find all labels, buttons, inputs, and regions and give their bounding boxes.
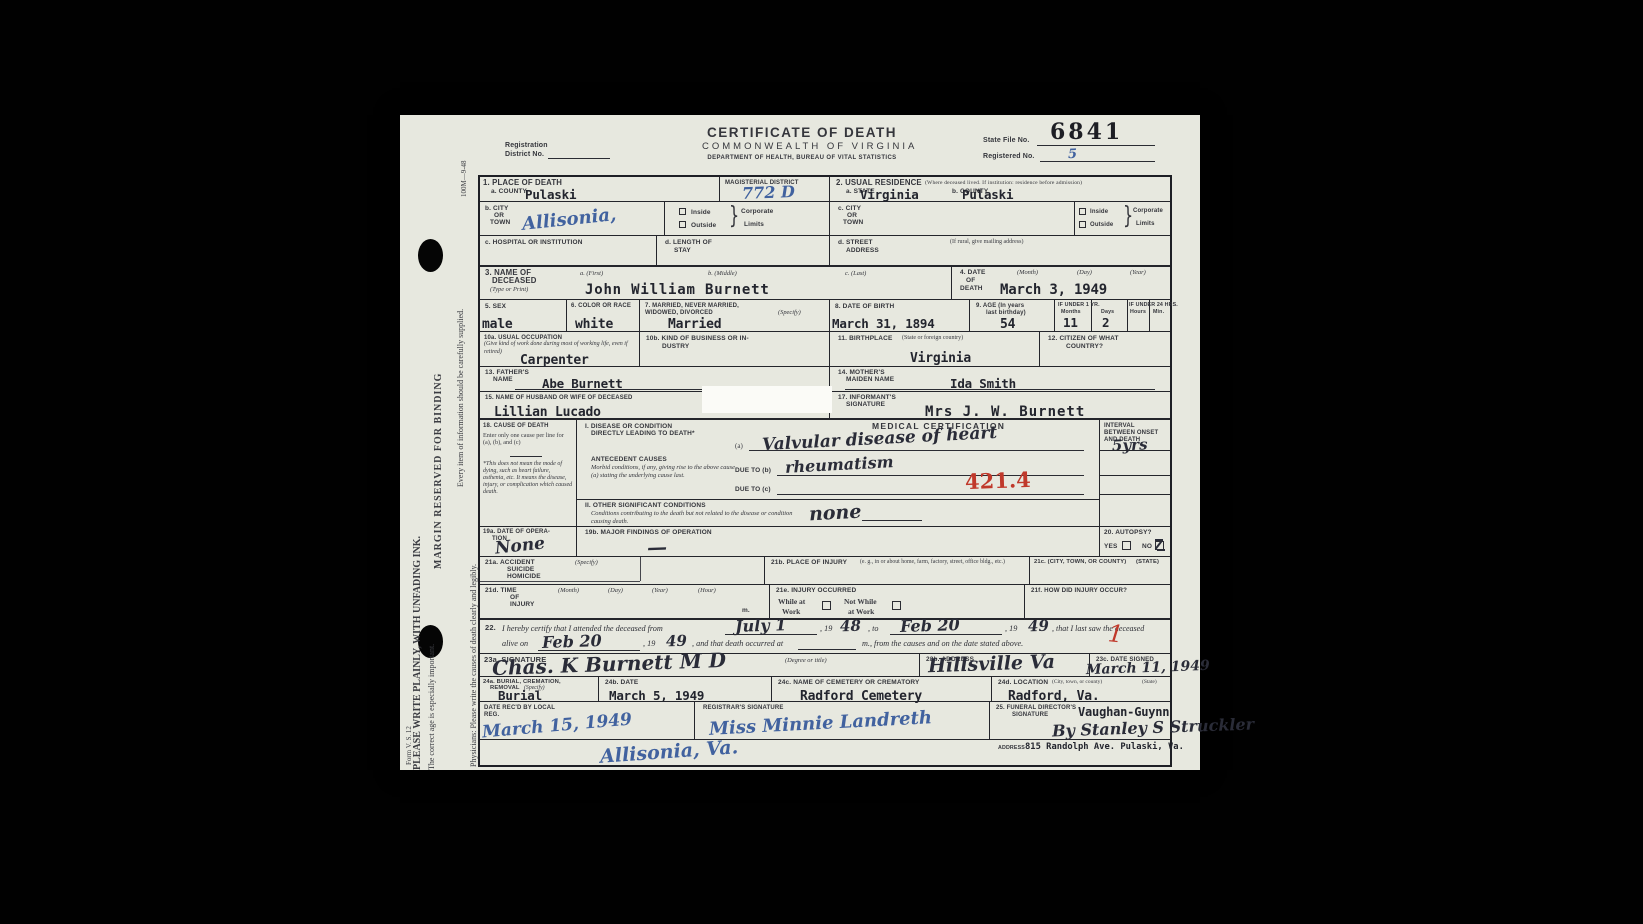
registered-no-line [1040,161,1155,162]
field-date-signed: 23c. DATE SIGNED March 11, 1949 [1090,654,1170,676]
field-informant: 17. INFORMANT'S SIGNATURE Mrs J. W. Burn… [830,392,1170,418]
field-funeral-director: 25. FUNERAL DIRECTOR'S SIGNATURE Vaughan… [990,702,1170,765]
field-physician-address: 23b. ADDRESS Hillsville Va [920,654,1090,676]
burial-date-label: 24b. DATE [605,679,638,686]
injury-occurred-label: 21e. INJURY OCCURRED [776,587,856,594]
sex-label: 5. SEX [485,303,506,310]
autopsy-no-mark-top [1155,539,1163,541]
operation-findings-value: — [647,537,668,558]
field-operation-findings: 19b. MAJOR FINDINGS OF OPERATION — [577,527,1100,556]
certificate-title: CERTIFICATE OF DEATH [702,125,902,141]
field-age-months: IF UNDER 1 YR. Months 11 [1055,300,1092,331]
residence-state-value: Virginia [860,189,919,202]
funeral-by-signature: By Stanley S Struckler [1052,716,1255,739]
certify-19c: , 19 [643,640,655,648]
funeral-firm-value: Vaughan-Guynn [1078,706,1169,718]
field-registrar-signature: REGISTRAR'S SIGNATURE Miss Minnie Landre… [695,702,990,739]
married-note: (Specify) [778,309,801,317]
degree-title-note: (Degree or title) [785,657,827,665]
registered-no-label: Registered No. [983,153,1035,161]
cause-note-1: Enter only one cause per line for (a), (… [483,432,571,447]
certificate-form: 1. PLACE OF DEATH a. COUNTY Pulaski MAGI… [478,175,1172,767]
registrar-signature-label: REGISTRAR'S SIGNATURE [703,705,783,712]
autopsy-yes-label: YES [1104,543,1117,550]
injury-m-label: m. [742,607,750,614]
date-signed-value: March 11, 1949 [1086,659,1210,677]
place-of-injury-label: 21b. PLACE OF INJURY [771,559,847,566]
field-injury-occurred: 21e. INJURY OCCURRED While at Work Not W… [770,585,1025,618]
field-accident: 21a. ACCIDENT SUICIDE HOMICIDE (Specify) [480,557,765,584]
field-date-of-death: 4. DATE OF DEATH (Month) (Day) (Year) Ma… [952,267,1170,299]
length-of-stay-label: d. LENGTH OF [665,239,712,246]
field-physician-signature: 23a. SIGNATURE (Degree or title) Chas. K… [480,654,920,676]
row-hospital-street: c. HOSPITAL OR INSTITUTION d. LENGTH OF … [480,236,1170,267]
birthplace-label: 11. BIRTHPLACE [838,335,892,342]
residence-city-town: TOWN [843,219,863,226]
scan-background: 100M—9-48 Every item of information shou… [0,0,1643,924]
commonwealth-subtitle: COMMONWEALTH OF VIRGINIA [702,142,902,153]
married-label2: WIDOWED, DIVORCED [645,310,713,317]
state-file-number: 6841 [1050,121,1123,143]
burial-location-note2: (State) [1142,679,1157,686]
cause-b-value: rheumatism [785,454,894,476]
mother-label2: MAIDEN NAME [846,376,894,383]
min-label: Min. [1153,309,1164,315]
row-name-date: 3. NAME OF DECEASED (Type or Print) a. (… [480,267,1170,300]
street-label: d. STREET [838,239,873,246]
injury-state-label: (STATE) [1136,559,1159,566]
certify-text-5: , and that death occurred at [692,640,783,648]
sex-value: male [482,318,513,331]
margin-note-physicians: Physicians: Please write the causes of d… [469,415,478,767]
race-label: 6. COLOR OR RACE [571,303,631,310]
usual-residence-note: (Where deceased lived. If institution: r… [925,180,1082,186]
interval-line-c [1100,494,1170,495]
state-file-label: State File No. [983,137,1029,145]
months-value: 11 [1063,317,1078,330]
deceased-name-value: John William Burnett [585,283,770,297]
row-medical-certification: 18. CAUSE OF DEATH Enter only one cause … [480,420,1170,527]
inside-label: Inside [691,209,711,216]
certify-from-year: 48 [840,619,861,635]
field-corporate-limits-2: Inside Outside } Corporate Limits [1075,202,1170,235]
hospital-label: c. HOSPITAL OR INSTITUTION [485,239,583,246]
informant-value: Mrs J. W. Burnett [925,405,1085,419]
field-cause-of-death-sidebar: 18. CAUSE OF DEATH Enter only one cause … [480,420,577,526]
date-received-value: March 15, 1949 [482,711,633,741]
death-date-label: 4. DATE [960,269,986,276]
outside-label: Outside [691,222,716,229]
certify-line-4 [798,649,856,650]
corporate-label-2: Corporate [1133,208,1163,215]
year-label: (Year) [1130,269,1146,277]
interval-line-a [1100,450,1170,451]
autopsy-no-label: NO [1142,543,1152,550]
length-of-stay-label2: STAY [674,247,691,254]
row-vital-stats: 5. SEX male 6. COLOR OR RACE white 7. MA… [480,300,1170,332]
first-label: a. (First) [580,270,603,278]
date-received-label: DATE REC'D BY LOCAL [484,705,555,712]
injury-day-label: (Day) [608,587,623,595]
hours-label: Hours [1130,309,1146,315]
row-certify-statement: 22. I hereby certify that I attended the… [480,620,1170,654]
field-interval: INTERVAL BETWEEN ONSET AND DEATH 5yrs [1100,420,1170,526]
field-how-injury: 21f. HOW DID INJURY OCCUR? [1025,585,1170,618]
while-at-work-checkbox [822,601,831,610]
cause-a-label: (a) [735,442,743,450]
not-while-at-work-checkbox [892,601,901,610]
field-birthplace: 11. BIRTHPLACE (State or foreign country… [830,332,1040,366]
county-label: a. COUNTY [491,188,527,195]
field-place-of-injury: 21b. PLACE OF INJURY (e. g., in or about… [765,557,1030,584]
field-age-days: Days 2 [1092,300,1128,331]
field-age: 9. AGE (In years last birthday) 54 [970,300,1055,331]
field-name-of-deceased: 3. NAME OF DECEASED (Type or Print) a. (… [480,267,952,299]
business-label2: DUSTRY [662,343,689,350]
certify-alive-date: Feb 20 [542,633,602,651]
limits-label-2: Limits [1136,221,1155,228]
field-autopsy: 20. AUTOPSY? YES NO [1100,527,1170,556]
margin-note-every-item: Every item of information should be care… [456,187,465,487]
autopsy-yes-checkbox [1122,541,1131,550]
brace-glyph: } [729,207,739,226]
injury-hour-label: (Hour) [698,587,716,595]
burial-date-value: March 5, 1949 [609,690,704,703]
outside-checkbox-2 [1079,221,1086,228]
inside-label-2: Inside [1090,209,1108,216]
interval-line-b [1100,475,1170,476]
age-label: 9. AGE (In years [976,303,1024,310]
field-occupation: 10a. USUAL OCCUPATION (Give kind of work… [480,332,640,366]
row-occupation: 10a. USUAL OCCUPATION (Give kind of work… [480,332,1170,367]
certify-text-3: , that I last saw the deceased [1052,625,1144,633]
city-label-town: TOWN [490,219,510,226]
birthplace-note: (State or foreign country) [902,335,963,342]
field-date-received: DATE REC'D BY LOCAL REG. March 15, 1949 [480,702,695,739]
certify-line-2 [890,634,1002,635]
death-certificate-page: 100M—9-48 Every item of information shou… [400,115,1200,770]
cause-a-line [749,450,1084,451]
field-date-of-birth: 8. DATE OF BIRTH March 31, 1894 [830,300,970,331]
spouse-label: 15. NAME OF HUSBAND OR WIFE OF DECEASED [485,395,633,402]
at-work-label: at Work [848,607,874,616]
limits-label: Limits [744,221,764,228]
cause-code-stamp: 421.4 [965,469,1031,492]
injury-city-label: 21c. (CITY, TOWN, OR COUNTY) [1034,559,1126,566]
certify-text-2: , to [868,625,878,633]
district-no-label: District No. [505,151,544,159]
citizen-label2: COUNTRY? [1066,343,1103,350]
state-file-line [1037,145,1155,146]
operation-date-value: None [494,535,546,557]
certify-19a: , 19 [820,625,832,633]
death-date-value: March 3, 1949 [1000,283,1107,297]
magisterial-district-value: 772 D [742,184,795,202]
certify-text-4: alive on [502,640,528,648]
cause-c-line [777,494,1084,495]
field-hospital: c. HOSPITAL OR INSTITUTION [480,236,657,265]
field-length-of-stay: d. LENGTH OF STAY [657,236,830,265]
disease-label2: DIRECTLY LEADING TO DEATH* [591,430,695,437]
registered-no-value: 5 [1068,148,1077,161]
accident-note: (Specify) [575,559,598,567]
row-injury-time: 21d. TIME OF INJURY (Month) (Day) (Year)… [480,585,1170,620]
while-at-label: While at [778,597,805,606]
certify-number: 22. [485,624,496,633]
injury-month-label: (Month) [558,587,579,595]
birth-date-value: March 31, 1894 [832,318,935,331]
certify-19b: , 19 [1005,625,1017,633]
certify-from-date: July 1 [735,617,787,635]
funeral-director-label: 25. FUNERAL DIRECTOR'S [996,705,1076,712]
cause-c-label: DUE TO (c) [735,486,771,493]
certify-to-date: Feb 20 [900,617,960,635]
funeral-address-value: 815 Randolph Ave. Pulaski, Va. [1025,743,1184,752]
accident-inner-line [480,581,640,582]
red-tally-mark: 1 [1107,621,1125,646]
age-label2: last birthday) [986,310,1026,317]
county-value: Pulaski [525,189,576,202]
date-received-label2: REG. [484,712,499,719]
death-date-label2: OF [966,277,975,284]
race-value: white [575,318,613,331]
field-race: 6. COLOR OR RACE white [567,300,640,331]
spouse-value: Lillian Lucado [494,406,601,419]
outside-checkbox [679,221,686,228]
field-corporate-limits-1: Inside Outside } Corporate Limits [665,202,830,235]
field-burial-type: 24a. BURIAL, CREMATION, REMOVAL (Specify… [480,677,599,701]
field-cemetery: 24c. NAME OF CEMETERY OR CREMATORY Radfo… [772,677,992,701]
row-place-residence: 1. PLACE OF DEATH a. COUNTY Pulaski MAGI… [480,177,1170,202]
field-medical-certification: I. DISEASE OR CONDITION DIRECTLY LEADING… [577,420,1100,526]
married-label: 7. MARRIED, NEVER MARRIED, [645,303,739,310]
age-value: 54 [1000,318,1015,331]
burial-location-label: 24d. LOCATION [998,679,1048,686]
other-conditions-divider [577,499,1100,500]
funeral-address-line [990,739,1170,740]
informant-label2: SIGNATURE [846,401,885,408]
field-street-address: d. STREET ADDRESS (If rural, give mailin… [830,236,1170,265]
field-operation-date: 19a. DATE OF OPERA- TION None [480,527,577,556]
birth-date-label: 8. DATE OF BIRTH [835,303,894,310]
field-magisterial-district: MAGISTERIAL DISTRICT 772 D [720,177,830,201]
homicide-label: HOMICIDE [507,573,541,580]
middle-label: b. (Middle) [708,270,737,278]
margin-correct-age: The correct age is especially important. [427,557,436,770]
burial-location-note: (City, town, or county) [1052,679,1102,686]
day-label: (Day) [1077,269,1092,277]
cemetery-label: 24c. NAME OF CEMETERY OR CREMATORY [778,679,920,686]
birthplace-value: Virginia [910,352,971,365]
place-of-injury-note: (e. g., in or about home, farm, factory,… [860,559,1020,566]
field-injury-time: 21d. TIME OF INJURY (Month) (Day) (Year)… [480,585,770,618]
field-injury-city: 21c. (CITY, TOWN, OR COUNTY) (STATE) [1030,557,1170,584]
row-operation-autopsy: 19a. DATE OF OPERA- TION None 19b. MAJOR… [480,527,1170,557]
other-conditions-tail [862,520,922,521]
mother-line [845,389,1155,390]
burial-type-value: Burial [498,690,542,703]
citizen-label: 12. CITIZEN OF WHAT [1048,335,1119,342]
death-date-label3: DEATH [960,285,983,292]
registration-label: Registration [505,142,548,150]
field-residence-city: c. CITY OR TOWN [830,202,1075,235]
inside-checkbox-2 [1079,208,1086,215]
brace-glyph-2: } [1123,207,1133,226]
row-burial: 24a. BURIAL, CREMATION, REMOVAL (Specify… [480,677,1170,702]
inside-checkbox [679,208,686,215]
autopsy-label: 20. AUTOPSY? [1104,529,1152,536]
field-city-of-death: b. CITY OR TOWN Allisonia, [480,202,665,235]
physician-signature-value: Chas. K Burnett M D [492,650,727,678]
department-line: DEPARTMENT OF HEALTH, BUREAU OF VITAL ST… [702,155,902,162]
autopsy-no-mark-bottom [1157,549,1165,551]
field-mother: 14. MOTHER'S MAIDEN NAME Ida Smith [830,367,1170,391]
funeral-director-label2: SIGNATURE [1012,712,1048,719]
accident-inner-vline [640,557,641,581]
injury-year-label: (Year) [652,587,668,595]
whiteout-patch [702,386,832,413]
funeral-address-label: ADDRESS [998,745,1025,751]
interval-value: 5yrs [1112,437,1148,453]
cause-note-2: *This does not mean the mode of dying, s… [483,461,573,495]
field-age-min: Min. [1150,300,1170,331]
row-registrar-funeral: DATE REC'D BY LOCAL REG. March 15, 1949 … [480,702,1170,765]
residence-county-value: Pulaski [962,189,1013,202]
field-business: 10b. KIND OF BUSINESS OR IN- DUSTRY [640,332,830,366]
row-city-town: b. CITY OR TOWN Allisonia, Inside Outsid… [480,202,1170,236]
antecedent-label: ANTECEDENT CAUSES [591,456,667,463]
cause-b-line [777,475,1084,476]
field-place-of-death: 1. PLACE OF DEATH a. COUNTY Pulaski [480,177,720,201]
field-sex: 5. SEX male [480,300,567,331]
father-label2: NAME [493,376,513,383]
registrar-place-value: Allisonia, Va. [600,738,739,767]
street-note: (If rural, give mailing address) [950,239,1023,246]
field-usual-residence: 2. USUAL RESIDENCE (Where deceased lived… [830,177,1170,201]
occupation-value: Carpenter [520,354,589,367]
district-no-line [548,158,610,159]
street-label2: ADDRESS [846,247,879,254]
cause-of-death-label: 18. CAUSE OF DEATH [483,423,549,430]
other-conditions-value: none [809,503,862,525]
row-accident: 21a. ACCIDENT SUICIDE HOMICIDE (Specify)… [480,557,1170,585]
corporate-label: Corporate [741,208,773,215]
how-injury-label: 21f. HOW DID INJURY OCCUR? [1031,587,1127,594]
margin-write-plainly: PLEASE WRITE PLAINLY, WITH UNFADING INK. [412,535,423,770]
name-label2: DECEASED [492,277,537,286]
married-value: Married [668,318,721,331]
business-label: 10b. KIND OF BUSINESS OR IN- [646,335,749,342]
field-burial-date: 24b. DATE March 5, 1949 [599,677,772,701]
days-value: 2 [1102,317,1109,330]
other-conditions-label: II. OTHER SIGNIFICANT CONDITIONS [585,502,706,509]
certify-alive-year: 49 [666,634,687,650]
month-label: (Month) [1017,269,1038,277]
registrar-signature-value: Miss Minnie Landreth [709,709,933,739]
certify-line-1 [725,634,817,635]
antecedent-note: Morbid conditions, if any, giving rise t… [591,464,739,480]
cause-b-label: DUE TO (b) [735,467,771,474]
margin-binding-label: MARGIN RESERVED FOR BINDING [433,347,444,569]
certify-text-6: m., from the causes and on the date stat… [862,640,1023,648]
certify-to-year: 49 [1028,619,1049,635]
field-burial-location: 24d. LOCATION (City, town, or county) (S… [992,677,1170,701]
last-label: c. (Last) [845,270,866,278]
not-while-label: Not While [844,597,877,606]
cause-divider-line [510,456,542,457]
row-physician-signature: 23a. SIGNATURE (Degree or title) Chas. K… [480,654,1170,677]
name-note: (Type or Print) [490,286,528,294]
margin-form-code: Form V. S. 12 [405,690,413,765]
field-age-hours: IF UNDER 24 HRS. Hours [1128,300,1150,331]
city-of-death-value: Allisonia, [521,206,617,234]
field-marital-status: 7. MARRIED, NEVER MARRIED, WIDOWED, DIVO… [640,300,830,331]
outside-label-2: Outside [1090,222,1113,229]
injury-time-injury: INJURY [510,601,535,608]
other-conditions-note: Conditions contributing to the death but… [591,510,796,526]
field-citizen: 12. CITIZEN OF WHAT COUNTRY? [1040,332,1170,366]
physician-address-value: Hillsville Va [928,653,1056,676]
punch-hole-top [418,239,443,272]
